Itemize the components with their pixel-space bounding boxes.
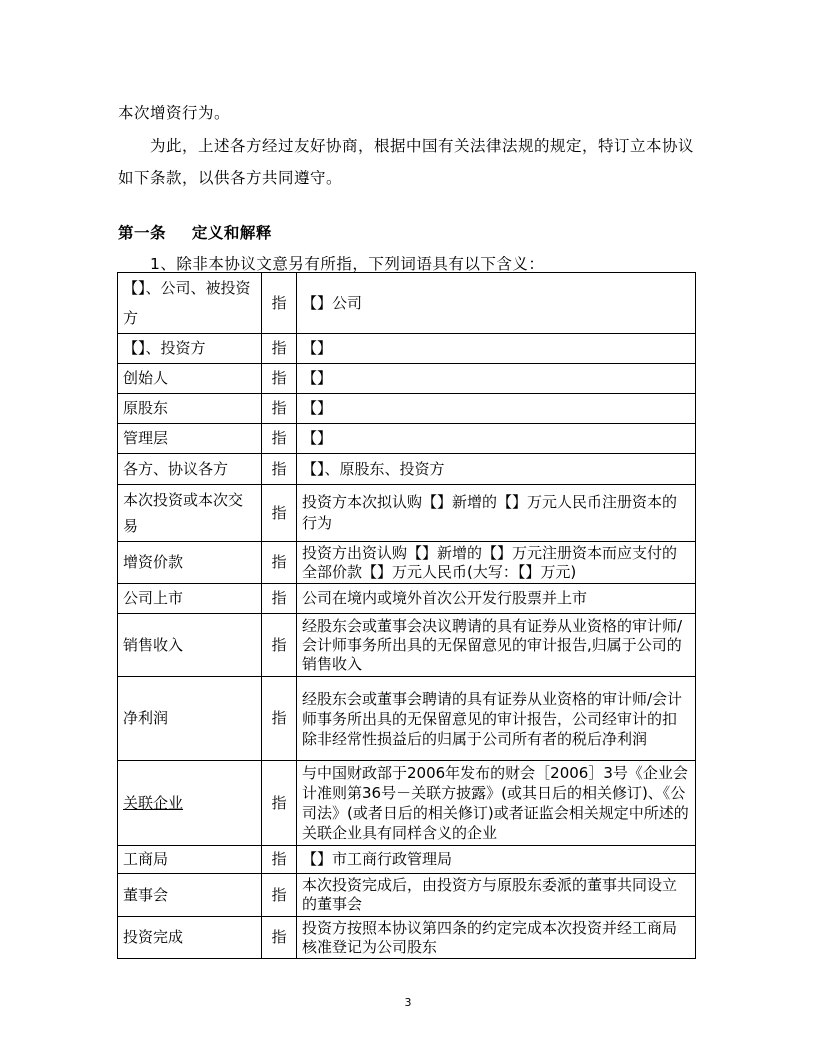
paragraph-continuation: 本次增资行为。: [118, 101, 230, 123]
table-row: 公司上市 指 公司在境内或境外首次公开发行股票并上市: [118, 584, 696, 614]
term-cell: 各方、协议各方: [118, 454, 262, 485]
refers-cell: 指: [262, 454, 297, 485]
table-row: 本次投资或本次交易 指 投资方本次拟认购【】新增的【】万元人民币注册资本的行为: [118, 485, 696, 542]
term-cell: 管理层: [118, 424, 262, 454]
page-number: 3: [0, 996, 816, 1009]
meaning-cell: 【】市工商行政管理局: [297, 846, 696, 874]
refers-cell: 指: [262, 273, 297, 334]
meaning-cell: 投资方按照本协议第四条的约定完成本次投资并经工商局核准登记为公司股东: [297, 917, 696, 959]
table-row: 【】、公司、被投资方 指 【】公司: [118, 273, 696, 334]
meaning-cell: 【】公司: [297, 273, 696, 334]
term-cell: 本次投资或本次交易: [118, 485, 262, 542]
meaning-cell: 投资方出资认购【】新增的【】万元注册资本而应支付的全部价款【】万元人民币(大写：…: [297, 542, 696, 584]
table-row: 关联企业 指 与中国财政部于2006年发布的财会［2006］3号《企业会计准则第…: [118, 761, 696, 846]
table-row: 创始人 指 【】: [118, 364, 696, 394]
term-cell: 原股东: [118, 394, 262, 424]
term-cell: 净利润: [118, 677, 262, 761]
section-heading: 第一条 定义和解释: [118, 221, 272, 243]
section-number: 第一条: [118, 224, 166, 242]
table-row: 董事会 指 本次投资完成后，由投资方与原股东委派的董事共同设立的董事会: [118, 874, 696, 917]
table-row: 各方、协议各方 指 【】、原股东、投资方: [118, 454, 696, 485]
refers-cell: 指: [262, 846, 297, 874]
refers-cell: 指: [262, 917, 297, 959]
refers-cell: 指: [262, 424, 297, 454]
refers-cell: 指: [262, 761, 297, 846]
meaning-cell: 【】: [297, 364, 696, 394]
term-cell: 投资完成: [118, 917, 262, 959]
table-row: 【】、投资方 指 【】: [118, 334, 696, 364]
refers-cell: 指: [262, 364, 297, 394]
table-row: 销售收入 指 经股东会或董事会决议聘请的具有证券从业资格的审计师/会计师事务所出…: [118, 614, 696, 677]
term-cell: 【】、公司、被投资方: [118, 273, 262, 334]
paragraph-purpose-line1: 为此，上述各方经过友好协商，根据中国有关法律法规的规定，特订立本协议: [150, 134, 694, 156]
definitions-intro: 1、除非本协议文意另有所指，下列词语具有以下含义：: [150, 252, 544, 274]
table-row: 净利润 指 经股东会或董事会聘请的具有证券从业资格的审计师/会计师事务所出具的无…: [118, 677, 696, 761]
table-row: 工商局 指 【】市工商行政管理局: [118, 846, 696, 874]
meaning-cell: 【】: [297, 424, 696, 454]
refers-cell: 指: [262, 334, 297, 364]
meaning-cell: 经股东会或董事会决议聘请的具有证券从业资格的审计师/会计师事务所出具的无保留意见…: [297, 614, 696, 677]
meaning-cell: 【】、原股东、投资方: [297, 454, 696, 485]
refers-cell: 指: [262, 874, 297, 917]
refers-cell: 指: [262, 584, 297, 614]
term-cell: 增资价款: [118, 542, 262, 584]
meaning-cell: 经股东会或董事会聘请的具有证券从业资格的审计师/会计师事务所出具的无保留意见的审…: [297, 677, 696, 761]
paragraph-purpose-line2: 如下条款，以供各方共同遵守。: [118, 166, 342, 188]
term-cell: 创始人: [118, 364, 262, 394]
refers-cell: 指: [262, 485, 297, 542]
refers-cell: 指: [262, 614, 297, 677]
section-title: 定义和解释: [192, 224, 272, 242]
meaning-cell: 本次投资完成后，由投资方与原股东委派的董事共同设立的董事会: [297, 874, 696, 917]
term-cell: 【】、投资方: [118, 334, 262, 364]
meaning-cell: 与中国财政部于2006年发布的财会［2006］3号《企业会计准则第36号－关联方…: [297, 761, 696, 846]
term-cell: 董事会: [118, 874, 262, 917]
meaning-cell: 【】: [297, 334, 696, 364]
table-row: 管理层 指 【】: [118, 424, 696, 454]
refers-cell: 指: [262, 542, 297, 584]
term-cell: 销售收入: [118, 614, 262, 677]
definitions-table: 【】、公司、被投资方 指 【】公司 【】、投资方 指 【】 创始人 指 【】 原…: [117, 272, 696, 959]
term-cell: 工商局: [118, 846, 262, 874]
refers-cell: 指: [262, 394, 297, 424]
table-row: 原股东 指 【】: [118, 394, 696, 424]
refers-cell: 指: [262, 677, 297, 761]
meaning-cell: 投资方本次拟认购【】新增的【】万元人民币注册资本的行为: [297, 485, 696, 542]
term-cell: 公司上市: [118, 584, 262, 614]
table-row: 投资完成 指 投资方按照本协议第四条的约定完成本次投资并经工商局核准登记为公司股…: [118, 917, 696, 959]
term-cell: 关联企业: [118, 761, 262, 846]
meaning-cell: 【】: [297, 394, 696, 424]
meaning-cell: 公司在境内或境外首次公开发行股票并上市: [297, 584, 696, 614]
table-row: 增资价款 指 投资方出资认购【】新增的【】万元注册资本而应支付的全部价款【】万元…: [118, 542, 696, 584]
